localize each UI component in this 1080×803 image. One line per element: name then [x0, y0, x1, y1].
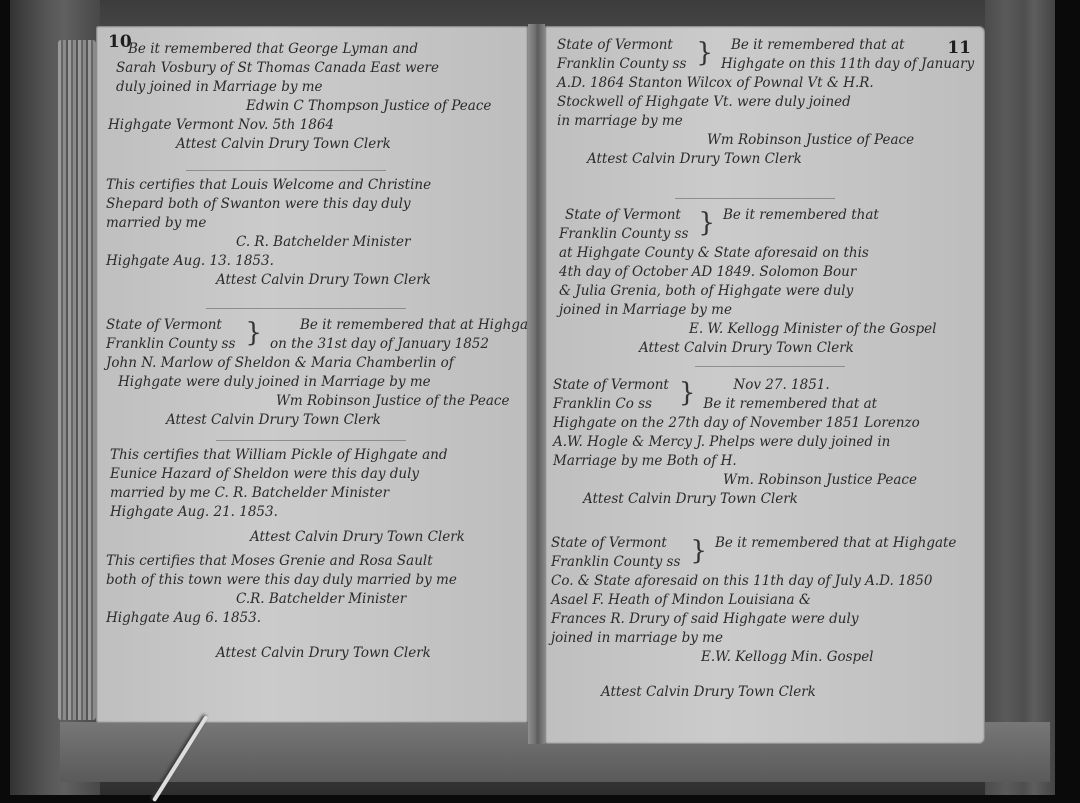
county-label: Franklin County ss — [557, 55, 686, 74]
record-entry: This certifies that Louis Welcome and Ch… — [106, 176, 431, 290]
attest-line: Attest Calvin Drury Town Clerk — [116, 135, 491, 154]
state-label: State of Vermont — [557, 36, 686, 55]
entry-line: Be it remembered that at Highgate — [270, 316, 541, 335]
entry-line: on the 31st day of January 1852 — [270, 335, 541, 354]
jurisdiction-header: State of Vermont Franklin County ss } Be… — [559, 206, 936, 244]
book-gutter — [528, 24, 545, 744]
entry-line: Be it remembered that George Lyman and — [116, 40, 491, 59]
place-date: Highgate Vermont Nov. 5th 1864 — [108, 116, 491, 135]
officiant-signature: Wm. Robinson Justice Peace — [553, 471, 920, 490]
entry-line: Be it remembered that at Highgate — [715, 534, 956, 553]
brace-icon: } — [696, 36, 713, 74]
attest-line: Attest Calvin Drury Town Clerk — [559, 339, 936, 358]
county-label: Franklin Co ss — [553, 395, 669, 414]
brace-icon: } — [245, 316, 262, 354]
officiant-signature: Edwin C Thompson Justice of Peace — [116, 97, 491, 116]
divider — [216, 440, 406, 441]
entry-line: 4th day of October AD 1849. Solomon Bour — [559, 263, 936, 282]
entry-line: This certifies that William Pickle of Hi… — [110, 446, 465, 465]
entry-line: A.W. Hogle & Mercy J. Phelps were duly j… — [553, 433, 920, 452]
entry-date: Nov 27. 1851. — [703, 376, 877, 395]
record-entry: This certifies that Moses Grenie and Ros… — [106, 552, 457, 663]
entry-line: Highgate on the 27th day of November 185… — [553, 414, 920, 433]
left-page: 10 Be it remembered that George Lyman an… — [96, 26, 528, 723]
book-cover-right — [985, 0, 1055, 795]
entry-line: Frances R. Drury of said Highgate were d… — [551, 610, 956, 629]
place-date: Highgate Aug. 21. 1853. — [110, 503, 465, 522]
entry-line: Eunice Hazard of Sheldon were this day d… — [110, 465, 465, 484]
entry-line: joined in Marriage by me — [559, 301, 936, 320]
divider — [695, 366, 845, 367]
entry-line: John N. Marlow of Sheldon & Maria Chambe… — [106, 354, 541, 373]
county-label: Franklin County ss — [559, 225, 688, 244]
entry-line: at Highgate County & State aforesaid on … — [559, 244, 936, 263]
state-label: State of Vermont — [553, 376, 669, 395]
entry-line: Stockwell of Highgate Vt. were duly join… — [557, 93, 974, 112]
brace-icon: } — [690, 534, 707, 572]
officiant-signature: E. W. Kellogg Minister of the Gospel — [559, 320, 936, 339]
entry-line: Asael F. Heath of Mindon Louisiana & — [551, 591, 956, 610]
entry-line: This certifies that Louis Welcome and Ch… — [106, 176, 431, 195]
state-label: State of Vermont — [106, 316, 235, 335]
state-label: State of Vermont — [551, 534, 680, 553]
divider — [206, 308, 406, 309]
entry-line: Be it remembered that — [723, 206, 879, 225]
officiant-signature: E.W. Kellogg Min. Gospel — [551, 648, 956, 667]
entry-line: & Julia Grenia, both of Highgate were du… — [559, 282, 936, 301]
entry-line: Marriage by me Both of H. — [553, 452, 920, 471]
entry-line: Sarah Vosbury of St Thomas Canada East w… — [116, 59, 491, 78]
divider — [186, 170, 386, 171]
record-entry: State of Vermont Franklin County ss } Be… — [106, 316, 541, 430]
entry-line: Highgate on this 11th day of January — [721, 55, 974, 74]
entry-line: joined in marriage by me — [551, 629, 956, 648]
entry-line: Co. & State aforesaid on this 11th day o… — [551, 572, 956, 591]
record-entry: State of Vermont Franklin County ss } Be… — [559, 206, 936, 358]
entry-line: married by me — [106, 214, 431, 233]
attest-line: Attest Calvin Drury Town Clerk — [110, 528, 465, 547]
place-date: Highgate Aug 6. 1853. — [106, 609, 457, 628]
right-page: 11 State of Vermont Franklin County ss }… — [545, 26, 985, 744]
jurisdiction-header: State of Vermont Franklin County ss } Be… — [557, 36, 974, 74]
county-label: Franklin County ss — [551, 553, 680, 572]
state-label: State of Vermont — [559, 206, 688, 225]
entry-line: A.D. 1864 Stanton Wilcox of Pownal Vt & … — [557, 74, 974, 93]
officiant-signature: Wm Robinson Justice of Peace — [557, 131, 974, 150]
record-entry: State of Vermont Franklin Co ss } Nov 27… — [553, 376, 920, 509]
officiant-signature: C. R. Batchelder Minister — [106, 233, 431, 252]
divider — [675, 198, 835, 199]
jurisdiction-header: State of Vermont Franklin Co ss } Nov 27… — [553, 376, 920, 414]
record-entry: State of Vermont Franklin County ss } Be… — [551, 534, 956, 702]
entry-line: both of this town were this day duly mar… — [106, 571, 457, 590]
record-entry: State of Vermont Franklin County ss } Be… — [557, 36, 974, 169]
attest-line: Attest Calvin Drury Town Clerk — [551, 683, 956, 702]
record-entry: Be it remembered that George Lyman and S… — [116, 40, 491, 154]
jurisdiction-header: State of Vermont Franklin County ss } Be… — [106, 316, 541, 354]
jurisdiction-header: State of Vermont Franklin County ss } Be… — [551, 534, 956, 572]
entry-line: This certifies that Moses Grenie and Ros… — [106, 552, 457, 571]
attest-line: Attest Calvin Drury Town Clerk — [106, 271, 431, 290]
entry-line: Be it remembered that at — [721, 36, 974, 55]
entry-line: duly joined in Marriage by me — [116, 78, 491, 97]
brace-icon: } — [679, 376, 696, 414]
entry-line: married by me C. R. Batchelder Minister — [110, 484, 465, 503]
page-edges — [58, 40, 96, 720]
brace-icon: } — [698, 206, 715, 244]
entry-line: Be it remembered that at — [703, 395, 877, 414]
entry-line: in marriage by me — [557, 112, 974, 131]
attest-line: Attest Calvin Drury Town Clerk — [106, 411, 541, 430]
attest-line: Attest Calvin Drury Town Clerk — [553, 490, 920, 509]
record-entry: This certifies that William Pickle of Hi… — [110, 446, 465, 547]
county-label: Franklin County ss — [106, 335, 235, 354]
place-date: Highgate Aug. 13. 1853. — [106, 252, 431, 271]
entry-line: Shepard both of Swanton were this day du… — [106, 195, 431, 214]
officiant-signature: C.R. Batchelder Minister — [106, 590, 457, 609]
attest-line: Attest Calvin Drury Town Clerk — [557, 150, 974, 169]
entry-line: Highgate were duly joined in Marriage by… — [106, 373, 541, 392]
attest-line: Attest Calvin Drury Town Clerk — [106, 644, 457, 663]
officiant-signature: Wm Robinson Justice of the Peace — [106, 392, 541, 411]
